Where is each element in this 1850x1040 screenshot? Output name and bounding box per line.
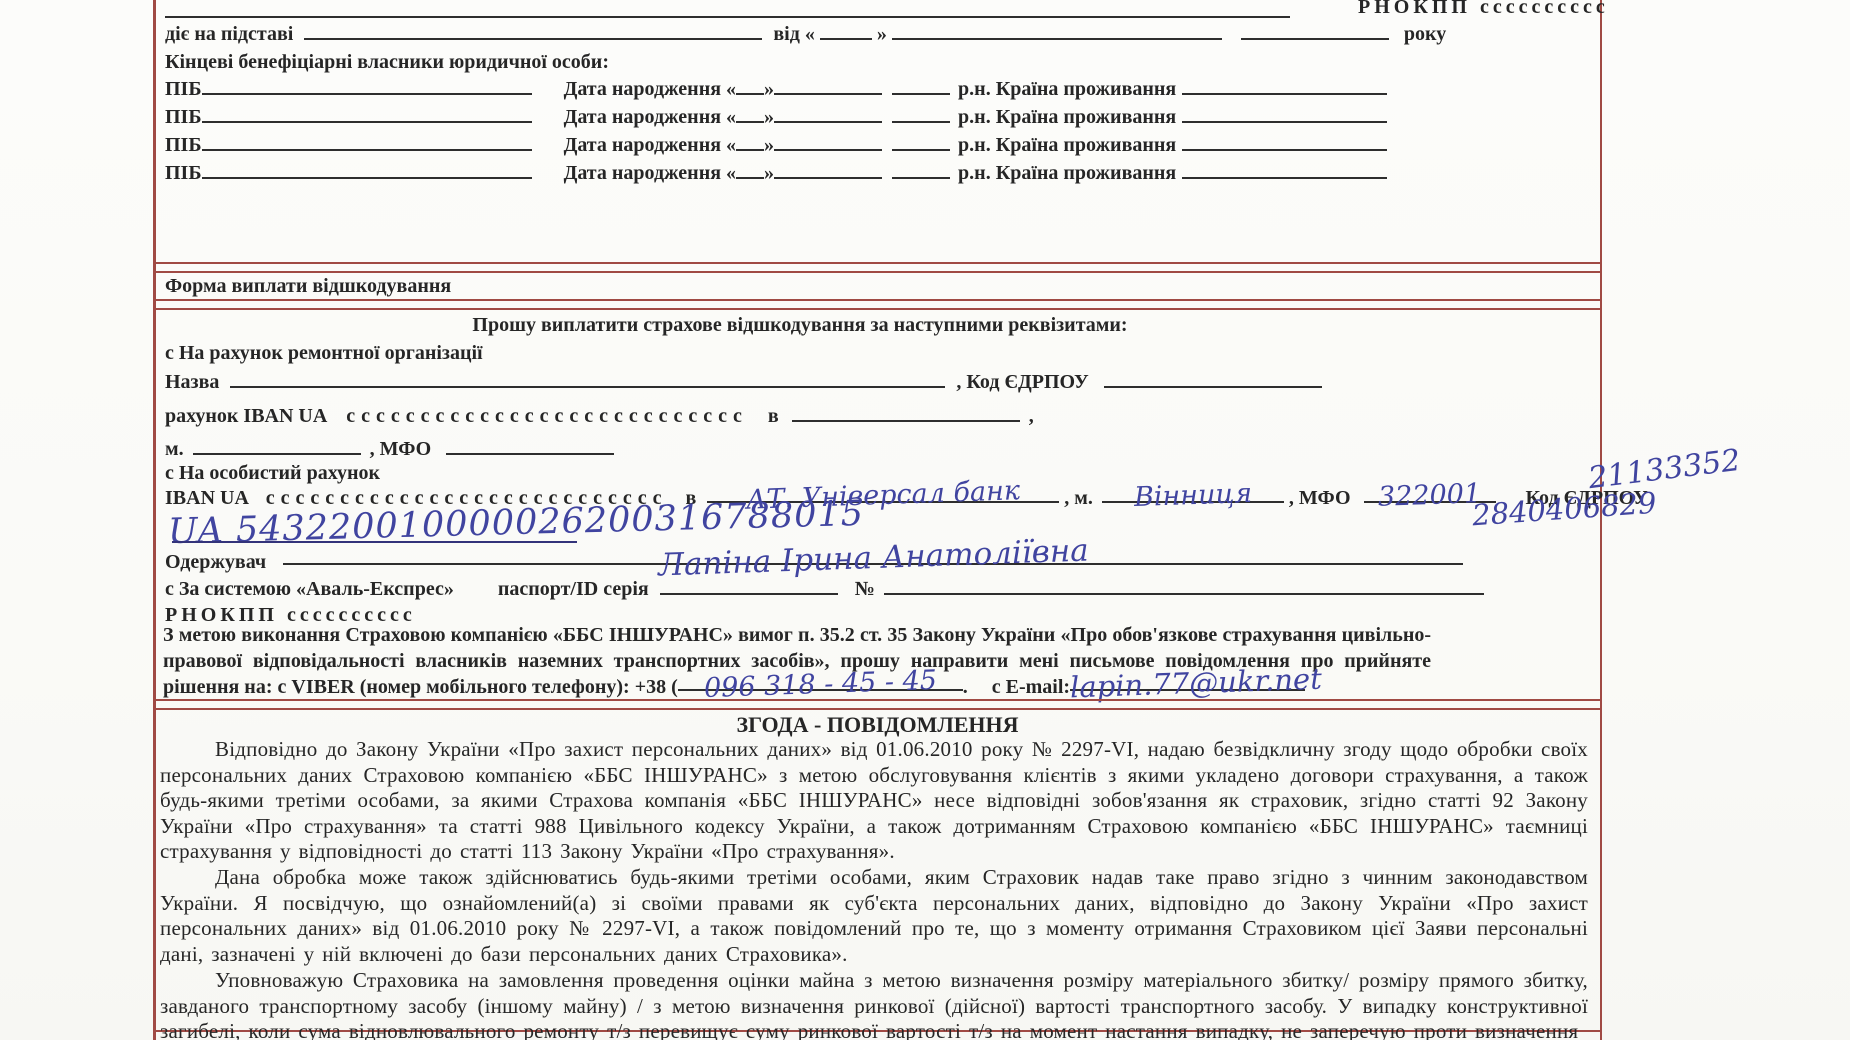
phone-field: 096 318 - 45 - 45	[678, 674, 963, 691]
passport-series-field	[660, 578, 838, 595]
aval-row: с За системою «Аваль-Експрес» паспорт/ID…	[165, 577, 1484, 601]
pib-label: ПІБ	[165, 78, 202, 100]
dob-label: Дата народження «	[564, 134, 736, 156]
blank-underline	[736, 162, 764, 179]
blank-underline	[892, 162, 950, 179]
handwritten-phone: 096 318 - 45 - 45	[704, 673, 937, 697]
dob-label: Дата народження «	[564, 78, 736, 100]
option-repair-account: с На рахунок ремонтної організації	[165, 341, 483, 365]
beneficiary-row: ПІБДата народження «»р.н. Країна прожива…	[165, 133, 1387, 157]
city-label2: , м.	[1064, 487, 1093, 509]
option-repair-label: с На рахунок ремонтної організації	[165, 342, 483, 364]
handwritten-recipient: Лапіна Ірина Анатоліївна	[658, 540, 1089, 575]
blank-underline	[892, 78, 950, 95]
beneficiaries-title-label: Кінцеві бенефіціарні власники юридичної …	[165, 51, 609, 73]
dob-label: Дата народження «	[564, 106, 736, 128]
blank-underline	[774, 78, 882, 95]
section-divider	[153, 299, 1602, 310]
blank-underline	[1182, 134, 1387, 151]
blank-underline	[1241, 23, 1389, 40]
city-field: Вінниця	[1102, 486, 1284, 503]
blank-underline	[202, 78, 532, 95]
blank-underline	[193, 438, 361, 455]
country-label: р.н. Країна проживання	[958, 134, 1176, 156]
blank-underline	[892, 23, 1222, 40]
name-label: Назва	[165, 371, 219, 393]
iban-label: IBAN UA	[165, 487, 248, 509]
account-label: рахунок IBAN UA	[165, 405, 326, 427]
blank-underline	[774, 106, 882, 123]
beneficiary-row: ПІБДата народження «»р.н. Країна прожива…	[165, 161, 1387, 185]
basis-row: діє на підставі від « » року	[165, 22, 1446, 46]
pib-label: ПІБ	[165, 134, 202, 156]
mfo-label: , МФО	[370, 438, 432, 460]
consent-paragraph-1: Відповідно до Закону України «Про захист…	[160, 737, 1588, 865]
name-edrpou-row: Назва , Код ЄДРПОУ	[165, 370, 1322, 394]
pib-label: ПІБ	[165, 106, 202, 128]
blank-underline	[230, 371, 945, 388]
payout-section-title: Форма виплати відшкодування	[165, 274, 451, 298]
after-phone: .	[963, 676, 968, 698]
blank-underline	[304, 23, 762, 40]
scanned-form-page: РНОКПП сссссссссс діє на підставі від « …	[0, 0, 1850, 1040]
beneficiaries-title: Кінцеві бенефіціарні власники юридичної …	[165, 50, 609, 74]
rnokpp-top: РНОКПП сссссссссс	[1358, 0, 1609, 19]
consent-title: ЗГОДА - ПОВІДОМЛЕННЯ	[153, 712, 1602, 738]
beneficiary-row: ПІБДата народження «»р.н. Країна прожива…	[165, 105, 1387, 129]
handwritten-email: lapin.77@ukr.net	[1070, 671, 1322, 696]
handwritten-mfo: 322001	[1378, 485, 1482, 507]
blank-underline	[1182, 106, 1387, 123]
passport-number-field	[884, 578, 1484, 595]
blank-underline	[1182, 78, 1387, 95]
consent-paragraph-3: Уповноважую Страховика на замовлення про…	[160, 968, 1588, 1040]
blank-underline	[892, 134, 950, 151]
comma: ,	[1029, 405, 1034, 427]
edrpou-label: , Код ЄДРПОУ	[956, 371, 1088, 393]
in-label: в	[768, 405, 779, 427]
top-underline-row	[165, 0, 1290, 24]
repair-iban-row: рахунок IBAN UA сссссссссссссссссссссссс…	[165, 404, 1034, 428]
email-field: lapin.77@ukr.net	[1070, 674, 1305, 691]
blank-underline	[1104, 371, 1322, 388]
dob-close: »	[764, 106, 774, 128]
blank-underline	[202, 134, 532, 151]
blank-underline	[1182, 162, 1387, 179]
dob-close: »	[764, 78, 774, 100]
passport-label: паспорт/ID серія	[498, 578, 649, 600]
email-label: с E-mail:	[992, 676, 1070, 698]
blank-underline	[202, 162, 532, 179]
rnokpp-top-label: РНОКПП сссссссссс	[1358, 0, 1609, 18]
city-mfo-row: м. , МФО	[165, 437, 614, 461]
consent-paragraph-2: Дана обробка може також здійснюватись бу…	[160, 865, 1588, 967]
blank-underline	[202, 106, 532, 123]
iban-boxes: ссссссссссссссссссссссссссс	[346, 405, 748, 427]
blank-underline	[774, 162, 882, 179]
blank-underline	[736, 106, 764, 123]
from-label: від «	[773, 23, 814, 45]
section-divider	[153, 699, 1602, 710]
recipient-field: Лапіна Ірина Анатоліївна	[283, 548, 1463, 565]
country-label: р.н. Країна проживання	[958, 162, 1176, 184]
viber-label: с VIBER (номер мобільного телефону): +38…	[278, 676, 678, 698]
blank-underline	[792, 405, 1020, 422]
blank-underline	[736, 78, 764, 95]
table-border-left	[153, 0, 156, 1040]
option-personal-account: с На особистий рахунок	[165, 461, 380, 485]
beneficiary-row: ПІБДата народження «»р.н. Країна прожива…	[165, 77, 1387, 101]
blank-underline	[446, 438, 614, 455]
city-label: м.	[165, 438, 184, 460]
blank-underline	[774, 134, 882, 151]
option-aval-label: с За системою «Аваль-Експрес»	[165, 578, 454, 600]
section-divider	[153, 262, 1602, 273]
country-label: р.н. Країна проживання	[958, 106, 1176, 128]
pib-label: ПІБ	[165, 162, 202, 184]
payout-section-title-label: Форма виплати відшкодування	[165, 275, 451, 297]
country-label: р.н. Країна проживання	[958, 78, 1176, 100]
year-label: року	[1404, 23, 1446, 45]
recipient-row: Одержувач Лапіна Ірина Анатоліївна	[165, 548, 1463, 574]
dob-close: »	[764, 134, 774, 156]
blank-underline	[736, 134, 764, 151]
mfo-label2: , МФО	[1289, 487, 1351, 509]
dob-label: Дата народження «	[564, 162, 736, 184]
recipient-label: Одержувач	[165, 551, 266, 573]
basis-label: діє на підставі	[165, 23, 293, 45]
request-line: Прошу виплатити страхове відшкодування з…	[165, 313, 1435, 337]
handwritten-iban-underline	[172, 541, 577, 543]
handwritten-city: Вінниця	[1134, 485, 1253, 507]
notify-paragraph: З метою виконання Страховою компанією «Б…	[163, 622, 1431, 700]
option-personal-label: с На особистий рахунок	[165, 462, 380, 484]
consent-title-label: ЗГОДА - ПОВІДОМЛЕННЯ	[736, 712, 1018, 737]
dob-close: »	[764, 162, 774, 184]
request-line-label: Прошу виплатити страхове відшкодування з…	[472, 314, 1127, 336]
quote-close: »	[877, 23, 887, 45]
blank-underline	[165, 1, 1290, 18]
blank-underline	[892, 106, 950, 123]
number-label: №	[855, 578, 875, 600]
blank-underline	[820, 23, 872, 40]
